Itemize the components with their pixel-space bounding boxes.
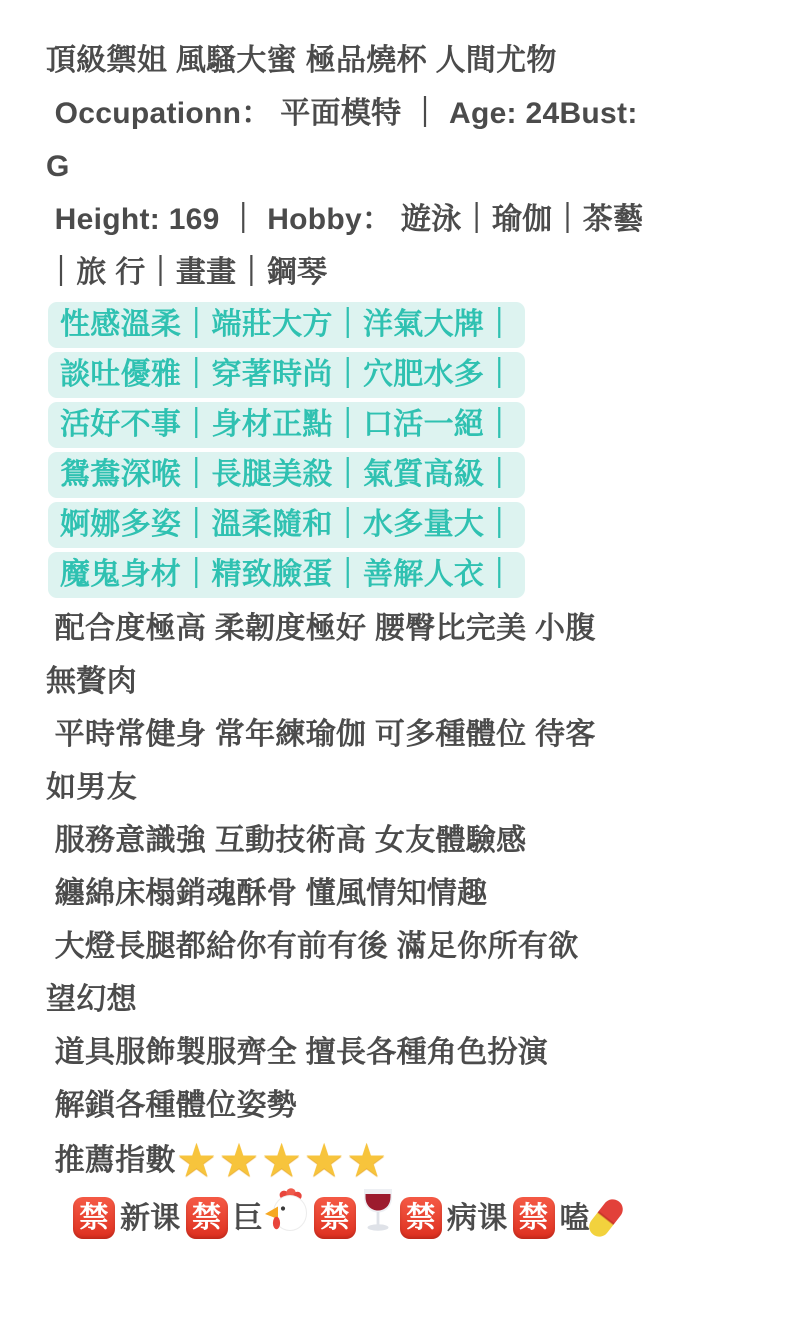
highlight-line: 談吐優雅｜穿著時尚｜穴肥水多｜	[46, 352, 754, 398]
content: 頂級禦姐 風騷大蜜 極品燒杯 人間尤物 Occupationn： 平面模特 ｜ …	[46, 34, 754, 1248]
highlight-text: 性感溫柔｜端莊大方｜洋氣大牌｜	[48, 302, 525, 348]
highlight-line: 性感溫柔｜端莊大方｜洋氣大牌｜	[46, 302, 754, 348]
text-line: G	[46, 140, 754, 193]
profile-text-page: 頂級禦姐 風騷大蜜 極品燒杯 人間尤物 Occupationn： 平面模特 ｜ …	[0, 0, 800, 1327]
star-icon: ★	[346, 1137, 388, 1183]
prohibited-icon: 禁	[73, 1197, 115, 1239]
highlight-line: 鴛鴦深喉｜長腿美殺｜氣質高級｜	[46, 452, 754, 498]
highlight-line: 魔鬼身材｜精致臉蛋｜善解人衣｜	[46, 552, 754, 598]
prohibited-icon: 禁	[186, 1197, 228, 1239]
text-line: 無贅肉	[46, 655, 754, 708]
prohibited-icon: 禁	[513, 1197, 555, 1239]
chicken-icon-wrap	[263, 1187, 309, 1250]
star-icon: ★	[218, 1137, 260, 1183]
highlight-text: 魔鬼身材｜精致臉蛋｜善解人衣｜	[48, 552, 525, 598]
highlight-line: 活好不事｜身材正點｜口活一絕｜	[46, 402, 754, 448]
restrictions-line: 禁新课禁巨禁禁病课禁嗑	[46, 1188, 754, 1248]
text-line: 服務意識強 互動技術高 女友體驗感	[46, 814, 754, 867]
page-title: 頂級禦姐 風騷大蜜 極品燒杯 人間尤物	[46, 34, 754, 87]
text-line: 如男友	[46, 761, 754, 814]
highlight-text: 談吐優雅｜穿著時尚｜穴肥水多｜	[48, 352, 525, 398]
rating-line: 推薦指數★★★★★	[46, 1132, 754, 1188]
highlight-text: 婀娜多姿｜溫柔隨和｜水多量大｜	[48, 502, 525, 548]
star-icon: ★	[261, 1137, 303, 1183]
restriction-label: 巨	[233, 1192, 263, 1245]
prohibited-icon: 禁	[314, 1197, 356, 1239]
star-icon: ★	[176, 1137, 218, 1183]
text-line: 道具服飾製服齊全 擅長各種角色扮演	[46, 1026, 754, 1079]
pill-icon	[585, 1195, 627, 1240]
text-line: 大燈長腿都給你有前有後 滿足你所有欲	[46, 920, 754, 973]
restriction-label: 病课	[447, 1192, 508, 1245]
highlight-text: 鴛鴦深喉｜長腿美殺｜氣質高級｜	[48, 452, 525, 498]
text-line: Occupationn： 平面模特 ｜ Age: 24Bust:	[46, 87, 754, 140]
restriction-label: 嗑	[560, 1192, 590, 1245]
text-line: 平時常健身 常年練瑜伽 可多種體位 待客	[46, 708, 754, 761]
restriction-label: 新课	[120, 1192, 181, 1245]
highlight-text: 活好不事｜身材正點｜口活一絕｜	[48, 402, 525, 448]
highlight-line: 婀娜多姿｜溫柔隨和｜水多量大｜	[46, 502, 754, 548]
rating-label: 推薦指數	[46, 1134, 176, 1187]
wine-glass-icon	[361, 1187, 395, 1233]
star-icon: ★	[303, 1137, 345, 1183]
text-line: 配合度極高 柔韌度極好 腰臀比完美 小腹	[46, 602, 754, 655]
wine-icon-wrap	[361, 1187, 395, 1250]
text-line: 纏綿床榻銷魂酥骨 懂風情知情趣	[46, 867, 754, 920]
chicken-icon	[263, 1187, 309, 1233]
text-line: Height: 169 ｜ Hobby： 遊泳｜瑜伽｜茶藝	[46, 193, 754, 246]
text-line: ｜旅 行｜畫畫｜鋼琴	[46, 246, 754, 299]
prohibited-icon: 禁	[400, 1197, 442, 1239]
text-line: 解鎖各種體位姿勢	[46, 1079, 754, 1132]
text-line: 望幻想	[46, 973, 754, 1026]
